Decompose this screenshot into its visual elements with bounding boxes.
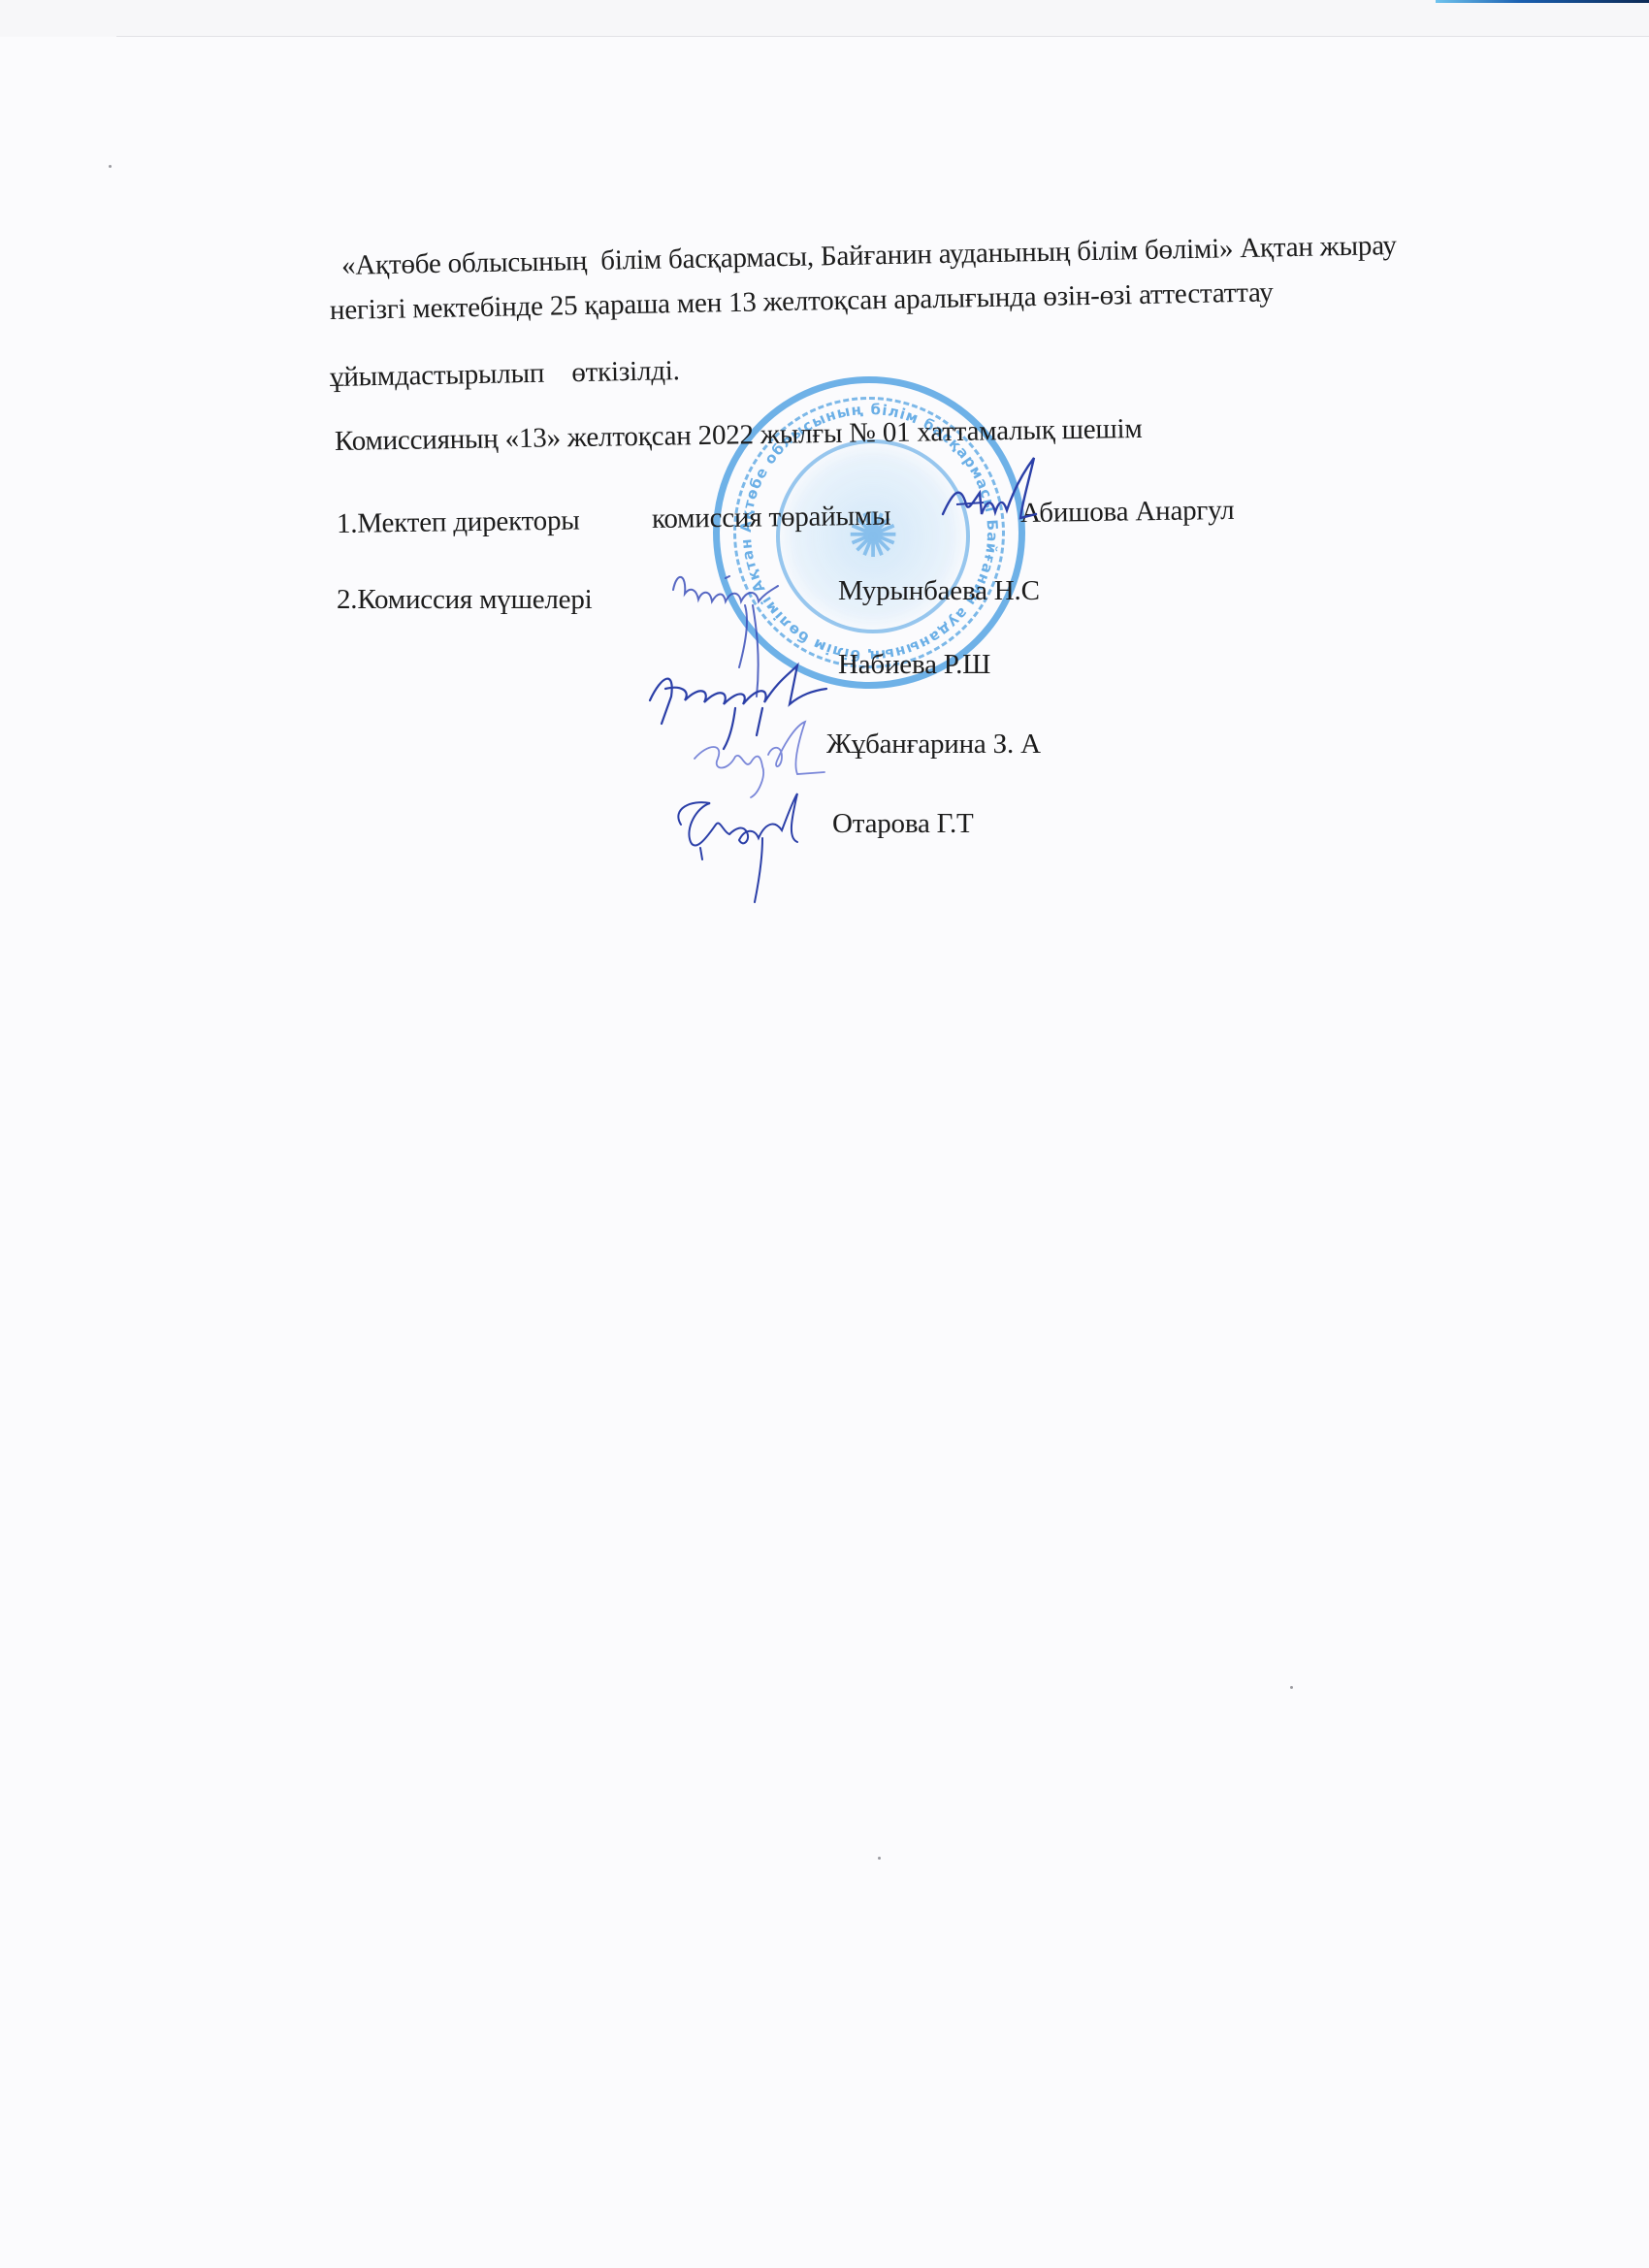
member-name-1: Мурынбаева Н.С: [838, 577, 1040, 605]
director-name: Абишова Анаргул: [1020, 497, 1235, 528]
intro-line-3: ұйымдастырылып өткізілді.: [330, 357, 680, 392]
scanned-page: Ақтөбе облысының білім басқармасы Байған…: [0, 37, 1649, 2268]
scan-speck: [109, 165, 112, 168]
scan-edge-artifact: [1436, 0, 1649, 3]
director-title: комиссия төрайымы: [652, 502, 891, 534]
intro-line-1: «Ақтөбе облысының білім басқармасы, Байғ…: [335, 232, 1397, 280]
scan-speck: [878, 1857, 881, 1860]
member-signature-4: [662, 790, 817, 906]
intro-line-2: негізгі мектебінде 25 қараша мен 13 желт…: [330, 278, 1274, 325]
member-name-4: Отарова Г.Т: [832, 810, 974, 838]
member-name-2: Набиева Р.Ш: [838, 651, 990, 679]
director-signature: [939, 454, 1046, 541]
decision-heading: Комиссияның «13» желтоқсан 2022 жылғы № …: [335, 415, 1143, 456]
member-name-3: Жұбанғарина З. А: [826, 730, 1041, 759]
director-role: 1.Мектеп директоры: [337, 507, 580, 538]
scan-speck: [1290, 1686, 1293, 1689]
members-label: 2.Комиссия мүшелері: [337, 586, 592, 614]
